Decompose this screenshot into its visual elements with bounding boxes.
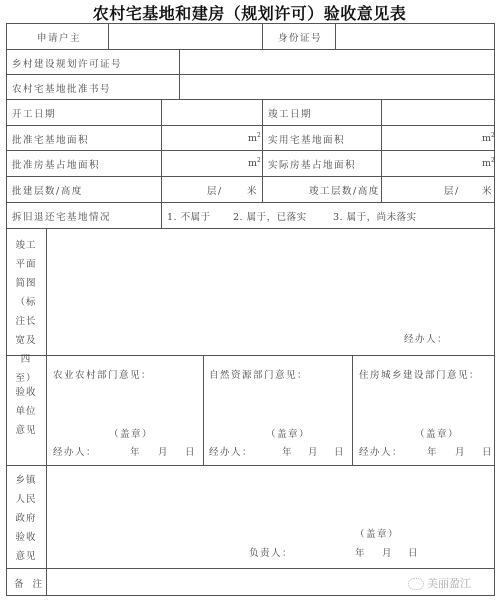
date-day: 日 xyxy=(185,444,196,458)
date-month: 月 xyxy=(455,444,466,458)
actual-site-area-label: 实用宅基地面积 xyxy=(268,132,345,146)
approved-site-area-label: 批准宅基地面积 xyxy=(12,132,89,146)
col-divider xyxy=(179,49,180,99)
row-divider xyxy=(6,49,495,50)
meter-unit: 米 xyxy=(247,183,258,197)
label-line: 单位 xyxy=(14,402,38,421)
applicant-label: 申请户主 xyxy=(37,30,81,44)
col-divider xyxy=(352,355,353,465)
unit-m2: m xyxy=(482,158,491,169)
acceptance-section-label: 验收 单位 意见 xyxy=(14,383,38,440)
row-divider xyxy=(6,202,495,203)
plan-handler-label: 经办人： xyxy=(404,331,448,345)
row-divider xyxy=(6,355,495,356)
natural-resources-dept-handler: 经办人： xyxy=(209,444,253,458)
label-line: 宽及 xyxy=(14,331,38,350)
watermark-text: 美丽盈江 xyxy=(427,577,471,590)
date-day: 日 xyxy=(482,444,493,458)
label-line: 意见 xyxy=(14,421,38,440)
unit-sup: 2 xyxy=(491,157,495,164)
township-section-label: 乡镇 人民 政府 验收 意见 xyxy=(14,471,38,566)
acceptance-form-table xyxy=(6,23,495,596)
date-day: 日 xyxy=(334,444,345,458)
housing-dept-handler: 经办人： xyxy=(359,444,403,458)
label-line: 竣工 xyxy=(14,236,38,255)
row-divider xyxy=(6,465,495,466)
agriculture-dept-title: 农业农村部门意见： xyxy=(53,367,152,381)
form-title: 农村宅基地和建房（规划许可）验收意见表 xyxy=(0,1,499,24)
label-line: 意见 xyxy=(14,547,38,566)
start-date-label: 开工日期 xyxy=(12,106,56,120)
natural-resources-dept-title: 自然资源部门意见： xyxy=(209,367,308,381)
col-divider xyxy=(381,99,382,202)
label-line: 平面 xyxy=(14,255,38,274)
remarks-label: 备 注 xyxy=(14,576,45,590)
approval-number-label: 农村宅基地批准书号 xyxy=(12,81,111,95)
date-day: 日 xyxy=(408,545,419,559)
unit-sup: 2 xyxy=(491,132,495,139)
unit-m2: m xyxy=(482,133,491,144)
demolition-option-1: 1. 不属于 xyxy=(167,209,211,223)
watermark: 美丽盈江 xyxy=(408,575,471,591)
wechat-icon xyxy=(408,578,424,590)
date-year: 年 xyxy=(130,444,141,458)
permit-number-label: 乡村建设规划许可证号 xyxy=(12,56,122,70)
housing-dept-title: 住房城乡建设部门意见： xyxy=(359,367,480,381)
row-divider xyxy=(6,125,495,126)
label-line: 注长 xyxy=(14,312,38,331)
approved-floors-label: 批建层数/高度 xyxy=(12,183,83,197)
label-line: 验收 xyxy=(14,383,38,402)
label-line: 乡镇 xyxy=(14,471,38,490)
housing-dept-seal: （盖章） xyxy=(415,426,459,440)
col-divider xyxy=(203,355,204,465)
row-divider xyxy=(6,176,495,177)
label-line: 政府 xyxy=(14,509,38,528)
col-divider xyxy=(262,23,263,49)
floor-unit: 层/ xyxy=(444,183,460,197)
demolition-label: 拆旧退还宅基地情况 xyxy=(12,209,111,223)
township-seal: （盖章） xyxy=(355,526,399,540)
date-year: 年 xyxy=(282,444,293,458)
unit-m2: m xyxy=(248,158,257,169)
natural-resources-dept-seal: （盖章） xyxy=(266,426,310,440)
date-month: 月 xyxy=(308,444,319,458)
township-responsible-label: 负责人： xyxy=(249,545,293,559)
approved-footprint-label: 批准房基占地面积 xyxy=(12,157,100,171)
actual-footprint-label: 实际房基占地面积 xyxy=(268,157,356,171)
unit-m2: m xyxy=(248,133,257,144)
col-divider xyxy=(335,23,336,49)
date-year: 年 xyxy=(427,444,438,458)
meter-unit: 米 xyxy=(482,183,493,197)
col-divider xyxy=(108,23,109,49)
row-divider xyxy=(6,568,495,569)
label-line: （标 xyxy=(14,293,38,312)
unit-sup: 2 xyxy=(257,157,261,164)
plan-section-label: 竣工 平面 简图 （标 注长 宽及 四至） xyxy=(14,236,38,388)
col-divider xyxy=(262,99,263,202)
date-year: 年 xyxy=(355,545,366,559)
agriculture-dept-seal: （盖章） xyxy=(109,426,153,440)
floor-unit: 层/ xyxy=(207,183,223,197)
completion-date-label: 竣工日期 xyxy=(268,106,312,120)
completed-floors-label: 竣工层数/高度 xyxy=(309,183,380,197)
date-month: 月 xyxy=(382,545,393,559)
label-line: 人民 xyxy=(14,490,38,509)
col-divider xyxy=(161,99,162,228)
label-line: 验收 xyxy=(14,528,38,547)
col-divider xyxy=(46,228,47,596)
demolition-option-3: 3. 属于，尚未落实 xyxy=(333,209,417,223)
demolition-option-2: 2. 属于，已落实 xyxy=(233,209,307,223)
date-month: 月 xyxy=(158,444,169,458)
id-number-label: 身份证号 xyxy=(278,30,322,44)
unit-sup: 2 xyxy=(257,132,261,139)
row-divider xyxy=(6,228,495,229)
row-divider xyxy=(6,74,495,75)
agriculture-dept-handler: 经办人： xyxy=(53,444,97,458)
label-line: 简图 xyxy=(14,274,38,293)
row-divider xyxy=(6,150,495,151)
row-divider xyxy=(6,99,495,100)
